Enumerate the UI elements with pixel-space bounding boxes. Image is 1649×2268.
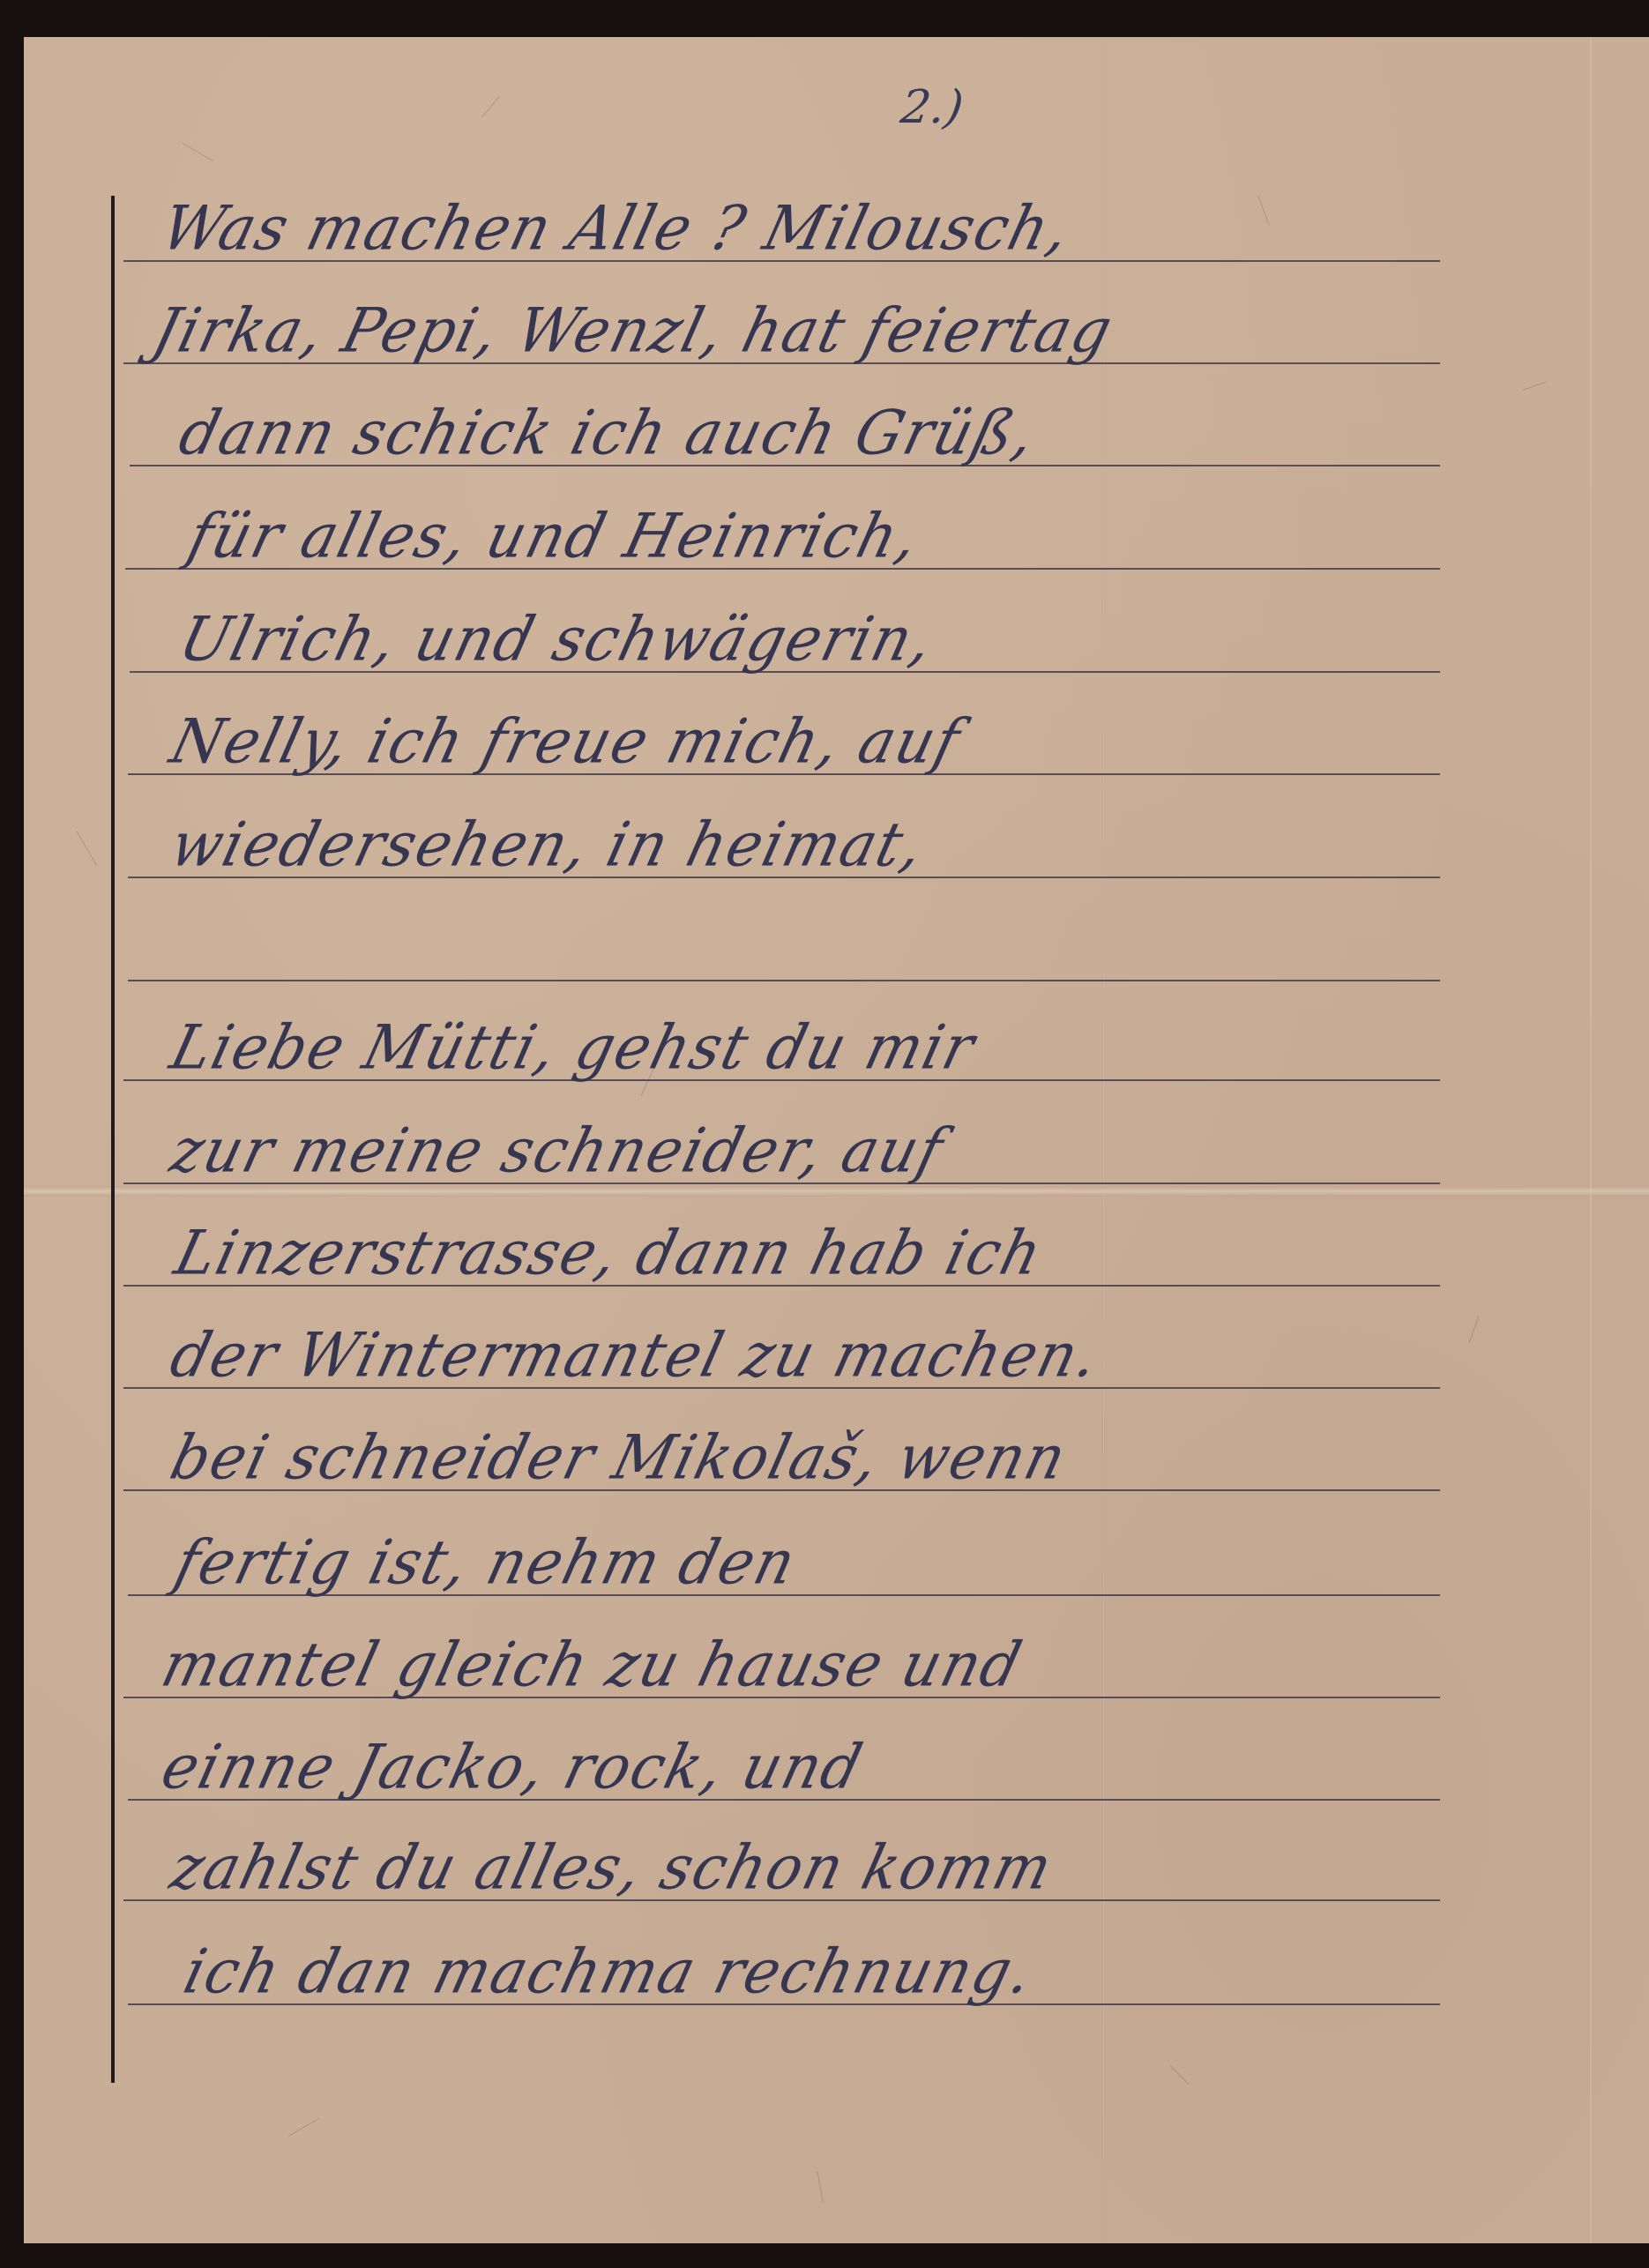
page-number: 2.) bbox=[898, 81, 966, 134]
handwritten-line: einne Jacko, rock, und bbox=[156, 1737, 869, 1798]
handwritten-line: Jirka, Pepi, Wenzl, hat feiertag bbox=[147, 301, 1119, 362]
paper-fiber bbox=[1523, 381, 1547, 391]
handwritten-line: Ulrich, und schwägerin, bbox=[174, 609, 940, 670]
paper-fiber bbox=[77, 831, 97, 865]
paper-fiber bbox=[1258, 196, 1270, 225]
handwritten-line: Nelly, ich freue mich, auf bbox=[165, 712, 966, 772]
handwritten-line: ich dan machma rechnung. bbox=[178, 1942, 1040, 2003]
handwritten-line: zur meine schneider, auf bbox=[165, 1121, 950, 1182]
horizontal-fold bbox=[24, 1186, 1649, 1197]
handwritten-line: Linzerstrasse, dann hab ich bbox=[169, 1223, 1048, 1284]
paper-fiber bbox=[1170, 2065, 1190, 2085]
paper-fiber bbox=[288, 2118, 319, 2137]
paper-fiber bbox=[482, 96, 500, 117]
letter-paper: 2.) Was machen Alle ? Milousch, Jirka, P… bbox=[24, 37, 1649, 2243]
handwritten-line: für alles, und Heinrich, bbox=[183, 506, 926, 567]
paper-fiber bbox=[183, 143, 213, 161]
scanned-letter: 2.) Was machen Alle ? Milousch, Jirka, P… bbox=[0, 0, 1649, 2268]
handwritten-line: der Wintermantel zu machen. bbox=[165, 1325, 1106, 1386]
handwritten-line: Was machen Alle ? Milousch, bbox=[156, 198, 1077, 259]
handwritten-line: wiedersehen, in heimat, bbox=[165, 815, 930, 876]
handwritten-line: Liebe Mütti, gehst du mir bbox=[165, 1018, 981, 1078]
paper-fiber bbox=[817, 2171, 824, 2203]
handwritten-line: fertig ist, nehm den bbox=[169, 1533, 802, 1593]
ruled-line bbox=[128, 980, 1440, 981]
vertical-fold bbox=[1102, 37, 1105, 2243]
handwritten-line: zahlst du alles, schon komm bbox=[165, 1838, 1059, 1899]
margin-line bbox=[111, 196, 115, 2083]
handwritten-line: dann schick ich auch Grüß, bbox=[174, 403, 1042, 464]
handwritten-line: bei schneider Mikolaš, wenn bbox=[165, 1428, 1073, 1488]
paper-fiber bbox=[1469, 1316, 1480, 1342]
right-crease bbox=[1590, 37, 1592, 2243]
handwritten-line: mantel gleich zu hause und bbox=[156, 1635, 1028, 1696]
